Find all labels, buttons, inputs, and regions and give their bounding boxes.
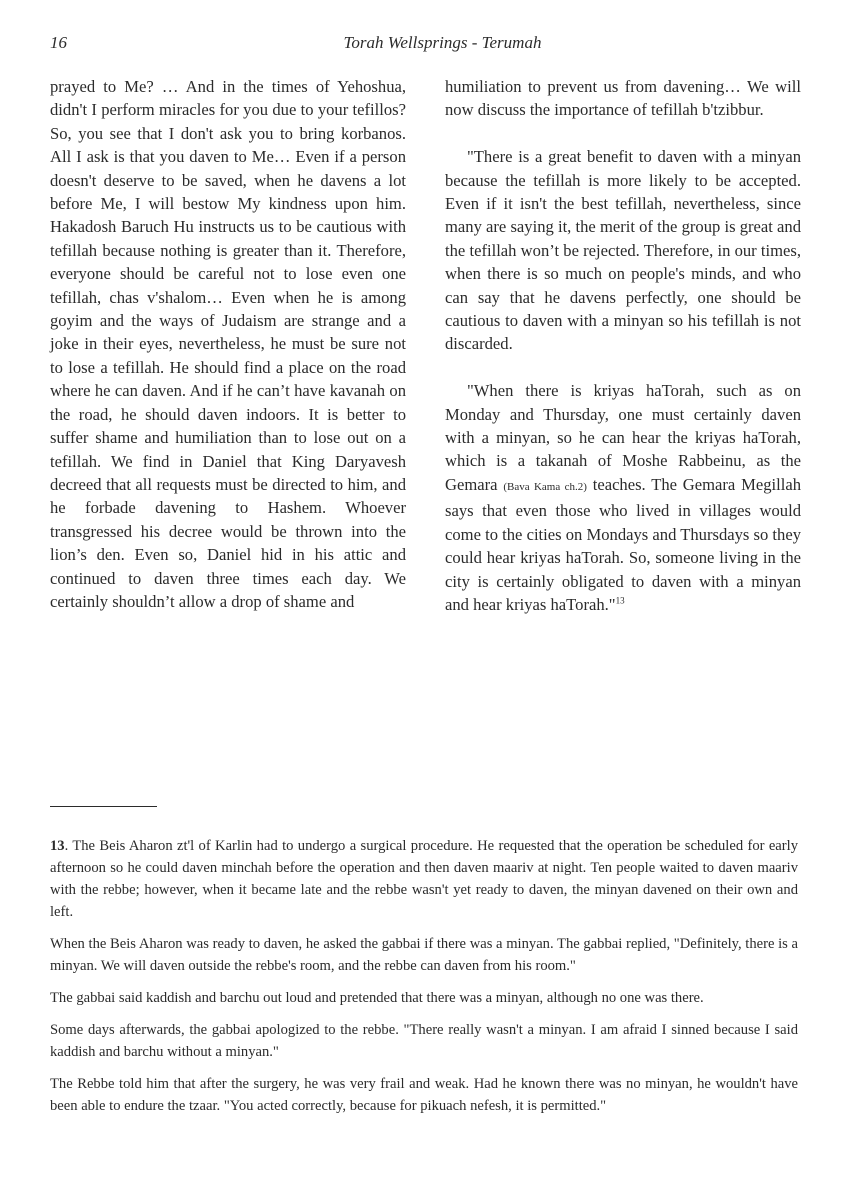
footnote-reference[interactable]: 13 xyxy=(616,595,625,605)
paragraph-text: teaches. The Gemara Megillah says that e… xyxy=(445,475,801,614)
footnote-number: 13 xyxy=(50,838,65,854)
footnote-paragraph: When the Beis Aharon was ready to daven,… xyxy=(50,933,798,977)
body-paragraph-with-citation: "When there is kriyas haTorah, such as o… xyxy=(445,379,801,616)
left-column: prayed to Me? … And in the times of Yeho… xyxy=(50,75,406,613)
footnote-paragraph: The Rebbe told him that after the surger… xyxy=(50,1073,798,1117)
right-column: humiliation to prevent us from davening…… xyxy=(445,75,801,616)
footnote-divider xyxy=(50,806,157,807)
footnote-text: . The Beis Aharon zt'l of Karlin had to … xyxy=(50,838,798,920)
footnote-paragraph: 13. The Beis Aharon zt'l of Karlin had t… xyxy=(50,835,798,923)
body-paragraph: "There is a great benefit to daven with … xyxy=(445,145,801,356)
footnotes-section: 13. The Beis Aharon zt'l of Karlin had t… xyxy=(50,835,798,1127)
body-paragraph: prayed to Me? … And in the times of Yeho… xyxy=(50,75,406,613)
footnote-paragraph: Some days afterwards, the gabbai apologi… xyxy=(50,1019,798,1063)
body-paragraph: humiliation to prevent us from davening…… xyxy=(445,75,801,122)
source-citation: (Bava Kama ch.2) xyxy=(503,481,587,493)
footnote-paragraph: The gabbai said kaddish and barchu out l… xyxy=(50,987,798,1009)
page-header: 16 Torah Wellsprings - Terumah xyxy=(50,33,800,57)
running-title: Torah Wellsprings - Terumah xyxy=(50,33,800,53)
